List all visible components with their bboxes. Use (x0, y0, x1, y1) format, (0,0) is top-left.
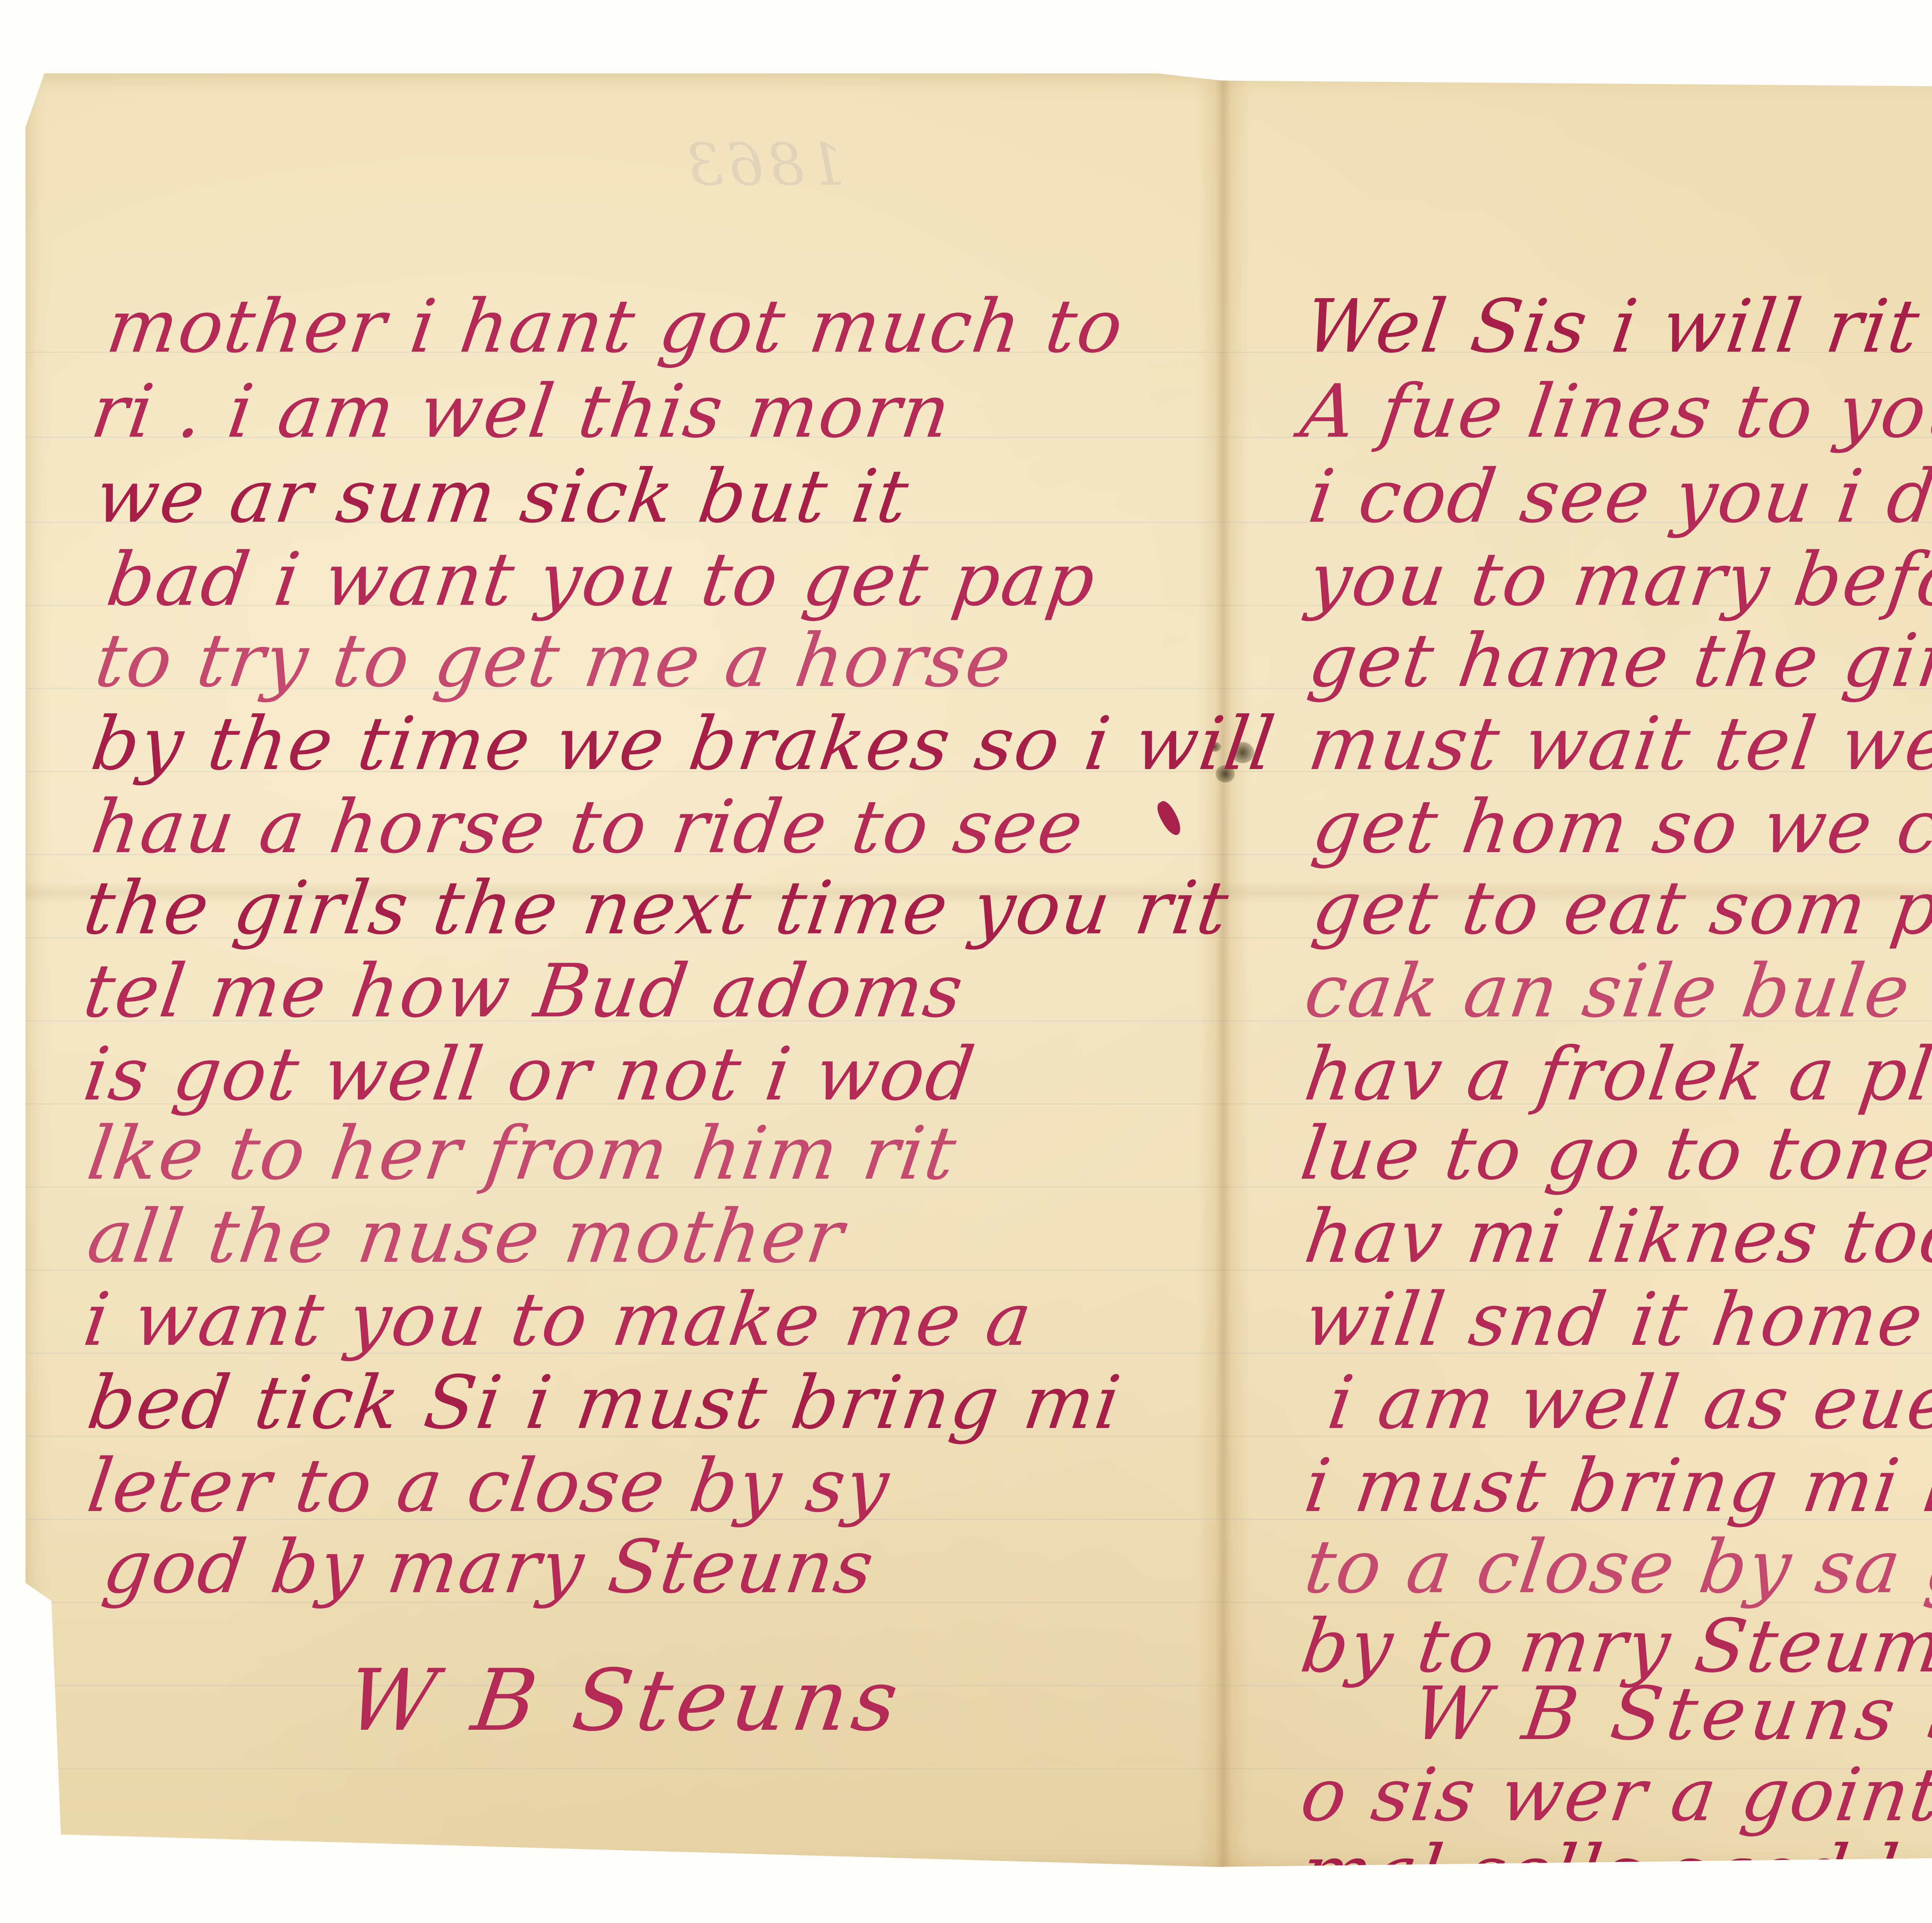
right-line-7: get hom so we can (1308, 790, 1932, 864)
right-line-2: A fue lines to you i wish (1297, 375, 1932, 448)
left-line-15: leter to a close by sy (83, 1449, 895, 1523)
bleed-through-date: 1863 (682, 131, 845, 199)
postscript-line-2: mal sells sgod by (1297, 1836, 1932, 1909)
right-line-4: you to mary befor i (1304, 543, 1932, 616)
right-line-10: hav a frolek a play Sis i (1301, 1038, 1932, 1111)
scan-background: 1863 ​ mother i hant got much to ri . i … (0, 0, 1932, 1923)
right-line-16: to a close by sa god (1301, 1530, 1932, 1604)
right-line-11: lue to go to tone and (1297, 1117, 1932, 1190)
left-line-13: i want you to make me a (80, 1283, 1037, 1356)
letter-paper: 1863 ​ mother i hant got much to ri . i … (26, 73, 1932, 1870)
left-line-16: god by mary Steuns (99, 1530, 879, 1604)
left-line-6: by the time we brakes so i will (87, 707, 1280, 781)
red-ink-drop (1153, 798, 1185, 838)
left-line-4: bad i want you to get pap (103, 543, 1101, 616)
left-line-5: to try to get me a horse (91, 624, 1017, 698)
right-line-12: hav mi liknes took (1301, 1200, 1932, 1273)
right-line-13: will snd it home Sis (1301, 1283, 1932, 1356)
postscript-line-1: o sis wer a goint aru- (1297, 1758, 1932, 1832)
left-line-7: hau a horse to ride to see (87, 790, 1088, 864)
right-line-15: i must bring mi leter (1301, 1449, 1932, 1523)
right-line-5: get hame the girls (1304, 624, 1932, 698)
left-line-9: tel me how Bud adoms (80, 955, 968, 1028)
left-line-8: the girls the next time you rit (80, 871, 1234, 945)
left-line-2: ri . i am wel this morn (87, 375, 956, 448)
left-line-3: we ar sum sick but it (91, 460, 914, 533)
left-line-14: bed tick Si i must bring mi (83, 1366, 1126, 1440)
right-line-8: get to eat som pone (1308, 871, 1932, 945)
right-line-1: Wel Sis i will rit (1301, 290, 1925, 363)
right-line-3: i cod see you i dont ont (1304, 460, 1932, 533)
left-line-11: lke to her from him rit (83, 1117, 961, 1190)
right-line-6: must wait tel wea (1304, 707, 1932, 781)
right-signature: W B Steuns Sis (1409, 1677, 1932, 1751)
left-signature: W B Steuns (342, 1658, 908, 1743)
center-fold (1196, 73, 1250, 1870)
right-line-9: cak an sile bule and (1301, 955, 1932, 1028)
left-line-10: is got well or not i wod (80, 1038, 980, 1111)
right-line-14: i am well as euer S (1324, 1366, 1932, 1440)
left-line-12: all the nuse mother (83, 1200, 849, 1273)
left-line-1: mother i hant got much to (103, 290, 1129, 363)
